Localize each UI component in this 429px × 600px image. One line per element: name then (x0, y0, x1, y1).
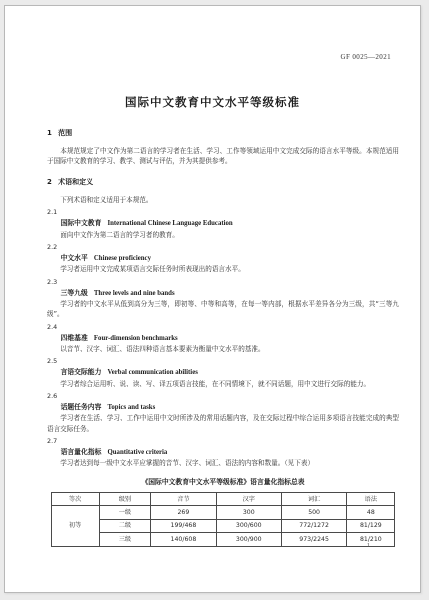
band-cell: 一级 (99, 506, 151, 519)
section-2-title: 术语和定义 (58, 178, 93, 186)
words-cell: 500 (281, 506, 346, 519)
words-cell: 772/1272 (281, 519, 346, 532)
col-header-characters: 汉字 (216, 493, 281, 506)
term-heading: 话题任务内容Topics and tasks (47, 402, 399, 414)
term-zh: 四维基准 (61, 334, 88, 342)
term-definition: 学习者综合运用听、说、读、写、译五项语言技能，在不同情境下，就不同话题，用中文进… (47, 379, 399, 389)
term-en: Four-dimension benchmarks (94, 335, 178, 342)
col-header-level: 等次 (51, 493, 99, 506)
col-header-syllables: 音节 (151, 493, 216, 506)
term-definition: 学习者的中文水平从低到高分为三等，即初等、中等和高等，在每一等内部，根据水平差异… (47, 299, 399, 319)
term-item-2-5: 2.5 言语交际能力Verbal communication abilities… (47, 357, 399, 389)
syllables-cell: 140/608 (151, 533, 216, 546)
col-header-words: 词汇 (281, 493, 346, 506)
quantitative-criteria-table: 等次 级别 音节 汉字 词汇 语法 初等 一级 269 300 500 48 (51, 492, 396, 547)
term-number: 2.7 (47, 437, 399, 447)
band-cell: 二级 (99, 519, 151, 532)
term-number: 2.6 (47, 392, 399, 402)
page-title: 国际中文教育中文水平等级标准 (5, 94, 420, 110)
section-1-number: 1 (47, 129, 52, 137)
table-row: 二级 199/468 300/600 772/1272 81/129 (51, 519, 395, 532)
section-1-body: 本规范规定了中文作为第二语言的学习者在生活、学习、工作等领域运用中文完成交际的语… (47, 146, 399, 166)
grammar-cell: 81/210 (347, 533, 395, 546)
band-cell: 三级 (99, 533, 151, 546)
term-definition: 学习者达到每一级中文水平应掌握的音节、汉字、词汇、语法的内容和数量。（见下表） (47, 458, 399, 468)
table-title: 《国际中文教育中文水平等级标准》语言量化指标总表 (47, 477, 399, 488)
term-number: 2.3 (47, 278, 399, 288)
document-content: 1范围 本规范规定了中文作为第二语言的学习者在生活、学习、工作等领域运用中文完成… (47, 128, 399, 547)
words-cell: 973/2245 (281, 533, 346, 546)
col-header-grammar: 语法 (347, 493, 395, 506)
term-zh: 国际中文教育 (61, 219, 102, 227)
term-en: Quantitative criteria (107, 449, 167, 456)
term-en: International Chinese Language Education (107, 220, 232, 227)
section-2-intro: 下列术语和定义适用于本规范。 (47, 195, 399, 205)
term-definition: 面向中文作为第二语言的学习者的教育。 (47, 230, 399, 240)
term-item-2-4: 2.4 四维基准Four-dimension benchmarks 以音节、汉字… (47, 323, 399, 355)
term-number: 2.1 (47, 208, 399, 218)
term-heading: 四维基准Four-dimension benchmarks (47, 333, 399, 345)
term-heading: 语言量化指标Quantitative criteria (47, 447, 399, 459)
term-heading: 国际中文教育International Chinese Language Edu… (47, 218, 399, 230)
table-header-row: 等次 级别 音节 汉字 词汇 语法 (51, 493, 395, 506)
term-item-2-2: 2.2 中文水平Chinese proficiency 学习者运用中文完成某项语… (47, 243, 399, 275)
section-2-number: 2 (47, 178, 52, 186)
section-2-heading: 2术语和定义 (47, 177, 399, 188)
section-1-heading: 1范围 (47, 128, 399, 139)
term-heading: 中文水平Chinese proficiency (47, 253, 399, 265)
syllables-cell: 269 (151, 506, 216, 519)
grammar-cell: 81/129 (347, 519, 395, 532)
term-zh: 言语交际能力 (61, 368, 102, 376)
document-page: GF 0025—2021 国际中文教育中文水平等级标准 1范围 本规范规定了中文… (4, 5, 421, 593)
characters-cell: 300/600 (216, 519, 281, 532)
term-number: 2.4 (47, 323, 399, 333)
characters-cell: 300 (216, 506, 281, 519)
table-row: 三级 140/608 300/900 973/2245 81/210 (51, 533, 395, 546)
table-row: 初等 一级 269 300 500 48 (51, 506, 395, 519)
term-en: Topics and tasks (107, 404, 155, 411)
doc-number: GF 0025—2021 (341, 53, 392, 61)
term-en: Chinese proficiency (94, 255, 151, 262)
term-zh: 语言量化指标 (61, 448, 102, 456)
page-number: 1 (367, 542, 370, 549)
term-en: Three levels and nine bands (94, 290, 175, 297)
term-heading: 三等九级Three levels and nine bands (47, 288, 399, 300)
term-definition: 学习者运用中文完成某项语言交际任务时所表现出的语言水平。 (47, 264, 399, 274)
term-definition: 以音节、汉字、词汇、语法四种语言基本要素为衡量中文水平的基准。 (47, 344, 399, 354)
term-item-2-1: 2.1 国际中文教育International Chinese Language… (47, 208, 399, 240)
term-zh: 三等九级 (61, 289, 88, 297)
term-item-2-6: 2.6 话题任务内容Topics and tasks 学习者在生活、学习、工作中… (47, 392, 399, 434)
term-heading: 言语交际能力Verbal communication abilities (47, 367, 399, 379)
term-definition: 学习者在生活、学习、工作中运用中文时所涉及的常用话题内容，及在交际过程中综合运用… (47, 413, 399, 433)
characters-cell: 300/900 (216, 533, 281, 546)
level-group-cell: 初等 (51, 506, 99, 546)
col-header-band: 级别 (99, 493, 151, 506)
section-1-title: 范围 (58, 129, 72, 137)
term-number: 2.5 (47, 357, 399, 367)
term-item-2-7: 2.7 语言量化指标Quantitative criteria 学习者达到每一级… (47, 437, 399, 469)
term-item-2-3: 2.3 三等九级Three levels and nine bands 学习者的… (47, 278, 399, 320)
term-zh: 话题任务内容 (61, 403, 102, 411)
term-en: Verbal communication abilities (107, 369, 197, 376)
grammar-cell: 48 (347, 506, 395, 519)
syllables-cell: 199/468 (151, 519, 216, 532)
term-zh: 中文水平 (61, 254, 88, 262)
term-number: 2.2 (47, 243, 399, 253)
